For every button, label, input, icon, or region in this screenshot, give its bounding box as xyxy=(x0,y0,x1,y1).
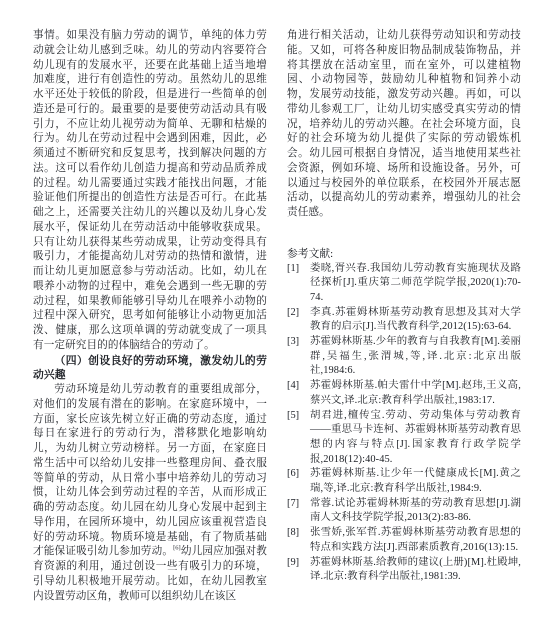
reference-text: 李真.苏霍姆林斯基劳动教育思想及其对大学教育的启示[J].当代教育科学,2012… xyxy=(310,306,521,335)
reference-number: [2] xyxy=(287,306,310,335)
paragraph-continued-left: 事情。如果没有脑力劳动的调节，单纯的体力劳动就会让幼儿感到乏味。幼儿的劳动内容要… xyxy=(33,29,267,354)
reference-item: [5] 胡君进,檀传宝.劳动、劳动集体与劳动教育——重思马卡连柯、苏霍姆林斯基劳… xyxy=(287,409,521,468)
right-column: 角进行相关活动，让幼儿获得劳动知识和劳动技能。又如，可将各种废旧物品制成装饰物品… xyxy=(287,29,521,631)
reference-text: 苏霍姆林斯基.少年的教育与自我教育[M].姜丽群,吴福生,张渭城,等,译.北京:… xyxy=(310,335,521,379)
reference-text: 常蓉.试论苏霍姆林斯基的劳动教育思想[J].湖南人文科技学院学报,2013(2)… xyxy=(310,497,521,526)
reference-text: 胡君进,檀传宝.劳动、劳动集体与劳动教育——重思马卡连柯、苏霍姆林斯基劳动教育思… xyxy=(310,409,521,468)
references-title: 参考文献: xyxy=(287,247,521,262)
reference-item: [8] 张雪娇,张军哲.苏霍姆林斯基劳动教育思想的特点和实践方法[J].西部素质… xyxy=(287,526,521,555)
document-page: 事情。如果没有脑力劳动的调节，单纯的体力劳动就会让幼儿感到乏味。幼儿的劳动内容要… xyxy=(0,0,550,631)
reference-text: 苏霍姆林斯基.帕夫雷什中学[M].赵玮,王义高,蔡兴文,译.北京:教育科学出版社… xyxy=(310,379,521,408)
reference-item: [1] 娄晓,胥兴春.我国幼儿劳动教育实施现状及路径探析[J].重庆第二师范学院… xyxy=(287,262,521,306)
reference-number: [6] xyxy=(287,467,310,496)
reference-text: 张雪娇,张军哲.苏霍姆林斯基劳动教育思想的特点和实践方法[J].西部素质教育,2… xyxy=(310,526,521,555)
reference-text: 娄晓,胥兴春.我国幼儿劳动教育实施现状及路径探析[J].重庆第二师范学院学报,2… xyxy=(310,262,521,306)
citation-marker: [6] xyxy=(173,545,181,552)
reference-number: [5] xyxy=(287,409,310,468)
reference-number: [1] xyxy=(287,262,310,306)
paragraph-text-before-citation: 劳动环境是幼儿劳动教育的重要组成部分，对他们的发展有潜在的影响。在家庭环境中，一… xyxy=(33,384,267,557)
left-column: 事情。如果没有脑力劳动的调节，单纯的体力劳动就会让幼儿感到乏味。幼儿的劳动内容要… xyxy=(33,29,267,631)
reference-item: [6] 苏霍姆林斯基.让少年一代健康成长[M].黄之瑞,等,译.北京:教育科学出… xyxy=(287,467,521,496)
reference-text: 苏霍姆林斯基.让少年一代健康成长[M].黄之瑞,等,译.北京:教育科学出版社,1… xyxy=(310,467,521,496)
reference-item: [3] 苏霍姆林斯基.少年的教育与自我教育[M].姜丽群,吴福生,张渭城,等,译… xyxy=(287,335,521,379)
paragraph-labor-environment: 劳动环境是幼儿劳动教育的重要组成部分，对他们的发展有潜在的影响。在家庭环境中，一… xyxy=(33,383,267,604)
reference-item: [2] 李真.苏霍姆林斯基劳动教育思想及其对大学教育的启示[J].当代教育科学,… xyxy=(287,306,521,335)
reference-item: [9] 苏霍姆林斯基.给教师的建议(上册)[M].杜殿坤,译.北京:教育科学出版… xyxy=(287,556,521,585)
reference-item: [4] 苏霍姆林斯基.帕夫雷什中学[M].赵玮,王义高,蔡兴文,译.北京:教育科… xyxy=(287,379,521,408)
section-heading: （四）创设良好的劳动环境，激发幼儿的劳动兴趣 xyxy=(33,354,267,384)
reference-item: [7] 常蓉.试论苏霍姆林斯基的劳动教育思想[J].湖南人文科技学院学报,201… xyxy=(287,497,521,526)
reference-number: [4] xyxy=(287,379,310,408)
reference-number: [9] xyxy=(287,556,310,585)
reference-text: 苏霍姆林斯基.给教师的建议(上册)[M].杜殿坤,译.北京:教育科学出版社,19… xyxy=(310,556,521,585)
reference-number: [7] xyxy=(287,497,310,526)
reference-number: [3] xyxy=(287,335,310,379)
paragraph-continued-right: 角进行相关活动，让幼儿获得劳动知识和劳动技能。又如，可将各种废旧物品制成装饰物品… xyxy=(287,29,521,221)
references-list: [1] 娄晓,胥兴春.我国幼儿劳动教育实施现状及路径探析[J].重庆第二师范学院… xyxy=(287,262,521,585)
reference-number: [8] xyxy=(287,526,310,555)
